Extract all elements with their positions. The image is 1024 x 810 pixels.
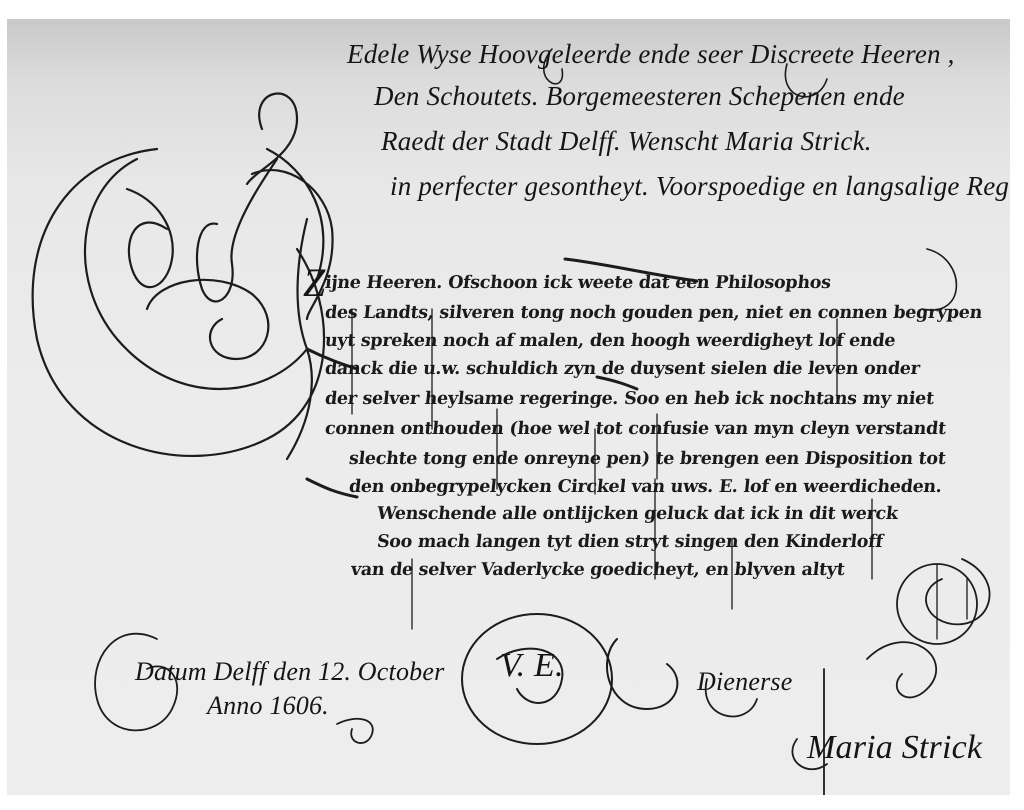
- body-line-10: Soo mach langen tyt dien stryt singen de…: [376, 532, 884, 552]
- salutation-line-2: Den Schoutets. Borgemeesteren Schepenen …: [374, 81, 905, 112]
- year-line: Anno 1606.: [207, 691, 329, 721]
- body-line-11: van de selver Vaderlycke goedicheyt, en …: [350, 560, 846, 580]
- large-initial-flourish: [33, 94, 333, 459]
- signature-maria-strick: Maria Strick: [807, 729, 982, 767]
- closing-loop-flourish: [897, 564, 977, 644]
- servant-word: Dienerse: [697, 667, 792, 697]
- body-line-1: ijne Heeren. Ofschoon ick weete dat een …: [324, 273, 832, 293]
- salutation-line-1: Edele Wyse Hoovgeleerde ende seer Discre…: [347, 39, 955, 70]
- salutation-line-3: Raedt der Stadt Delff. Wenscht Maria Str…: [381, 126, 872, 157]
- body-line-2: des Landts, silveren tong noch gouden pe…: [324, 303, 983, 323]
- body-line-4: danck die u.w. schuldich zyn de duysent …: [324, 359, 921, 379]
- body-line-5: der selver heylsame regeringe. Soo en he…: [324, 389, 935, 409]
- body-line-9: Wenschende alle ontlijcken geluck dat ic…: [376, 504, 899, 524]
- body-line-8: den onbegrypelycken Circkel van uws. E. …: [348, 477, 943, 497]
- body-line-3: uyt spreken noch af malen, den hoogh wee…: [324, 331, 896, 351]
- body-line-6: connen onthouden (hoe wel tot confusie v…: [324, 419, 947, 439]
- scanned-document-page: Edele Wyse Hoovgeleerde ende seer Discre…: [7, 19, 1010, 795]
- body-line-7: slechte tong ende onreyne pen) te brenge…: [348, 449, 947, 469]
- date-line: Datum Delff den 12. October: [135, 657, 444, 687]
- salutation-line-4: in perfecter gesontheyt. Voorspoedige en…: [390, 171, 1010, 202]
- body-initial-letter: Z: [303, 259, 325, 306]
- addressee-initials: V. E.: [500, 647, 564, 685]
